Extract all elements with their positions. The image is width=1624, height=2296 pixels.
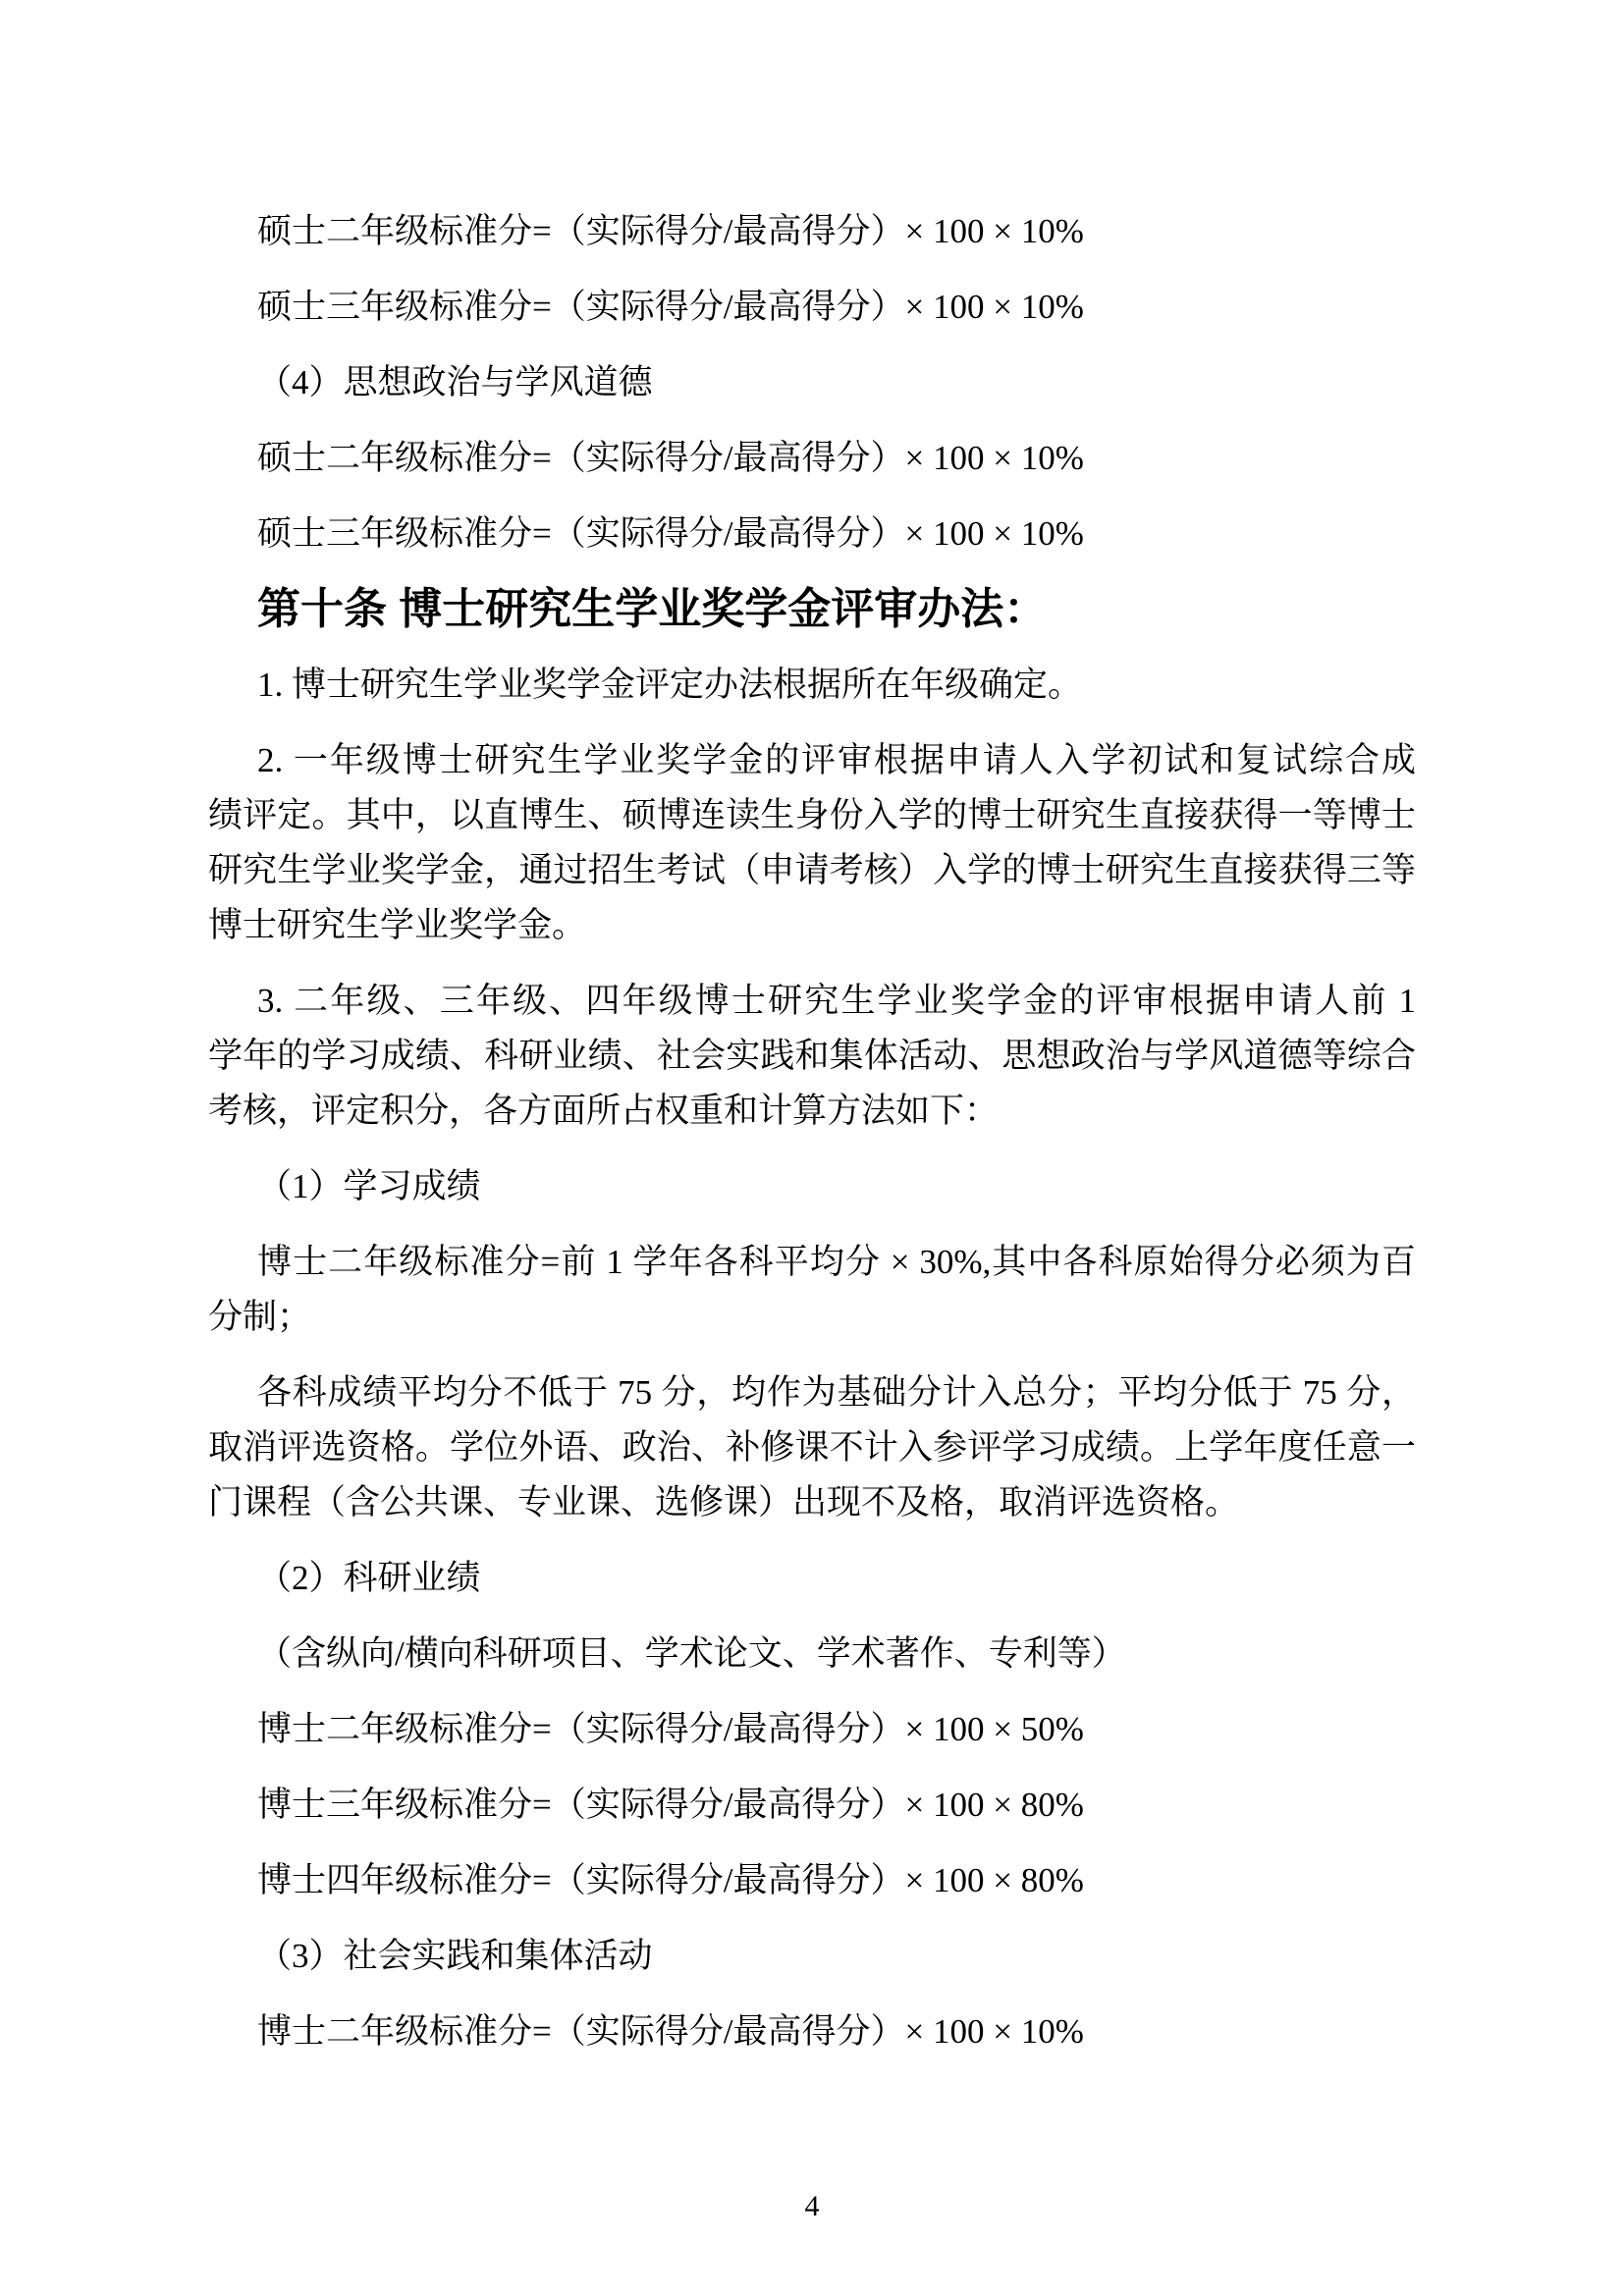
text-line: 博士二年级标准分=前 1 学年各科平均分 × 30%,其中各科原始得分必须为百 (208, 1235, 1416, 1290)
paragraph: （3）社会实践和集体活动 (208, 1929, 1416, 1984)
text-line: 绩评定。其中，以直博生、硕博连读生身份入学的博士研究生直接获得一等博士 (208, 788, 1416, 843)
paragraph: （2）科研业绩 (208, 1551, 1416, 1606)
paragraph: 博士二年级标准分=（实际得分/最高得分）× 100 × 10% (208, 2004, 1416, 2059)
paragraph: 博士三年级标准分=（实际得分/最高得分）× 100 × 80% (208, 1778, 1416, 1833)
document-body: 硕士二年级标准分=（实际得分/最高得分）× 100 × 10%硕士三年级标准分=… (208, 204, 1416, 2080)
text-line: 2. 一年级博士研究生学业奖学金的评审根据申请人入学初试和复试综合成 (208, 733, 1416, 788)
paragraph: 2. 一年级博士研究生学业奖学金的评审根据申请人入学初试和复试综合成绩评定。其中… (208, 733, 1416, 953)
text-line: 1. 博士研究生学业奖学金评定办法根据所在年级确定。 (208, 658, 1416, 713)
text-line: （含纵向/横向科研项目、学术论文、学术著作、专利等） (208, 1627, 1416, 1682)
text-line: （1）学习成绩 (208, 1159, 1416, 1214)
paragraph: 各科成绩平均分不低于 75 分，均作为基础分计入总分；平均分低于 75 分，取消… (208, 1365, 1416, 1530)
paragraph: 博士二年级标准分=（实际得分/最高得分）× 100 × 50% (208, 1702, 1416, 1757)
text-line: 博士二年级标准分=（实际得分/最高得分）× 100 × 10% (208, 2004, 1416, 2059)
section-heading: 第十条 博士研究生学业奖学金评审办法： (208, 582, 1416, 637)
text-line: 硕士二年级标准分=（实际得分/最高得分）× 100 × 10% (208, 204, 1416, 259)
text-line: 各科成绩平均分不低于 75 分，均作为基础分计入总分；平均分低于 75 分， (208, 1365, 1416, 1420)
text-line: 取消评选资格。学位外语、政治、补修课不计入参评学习成绩。上学年度任意一 (208, 1420, 1416, 1475)
text-line: （3）社会实践和集体活动 (208, 1929, 1416, 1984)
text-line: 考核，评定积分，各方面所占权重和计算方法如下： (208, 1084, 1416, 1139)
text-line: 第十条 博士研究生学业奖学金评审办法： (208, 582, 1416, 637)
text-line: 研究生学业奖学金，通过招生考试（申请考核）入学的博士研究生直接获得三等 (208, 843, 1416, 898)
text-line: 门课程（含公共课、专业课、选修课）出现不及格，取消评选资格。 (208, 1475, 1416, 1530)
document-page: 硕士二年级标准分=（实际得分/最高得分）× 100 × 10%硕士三年级标准分=… (0, 0, 1624, 2296)
paragraph: （含纵向/横向科研项目、学术论文、学术著作、专利等） (208, 1627, 1416, 1682)
text-line: 硕士三年级标准分=（实际得分/最高得分）× 100 × 10% (208, 280, 1416, 335)
text-line: 博士四年级标准分=（实际得分/最高得分）× 100 × 80% (208, 1853, 1416, 1908)
text-line: 博士二年级标准分=（实际得分/最高得分）× 100 × 50% (208, 1702, 1416, 1757)
text-line: 分制； (208, 1290, 1416, 1345)
text-line: （4）思想政治与学风道德 (208, 355, 1416, 410)
paragraph: 硕士三年级标准分=（实际得分/最高得分）× 100 × 10% (208, 280, 1416, 335)
text-line: 博士三年级标准分=（实际得分/最高得分）× 100 × 80% (208, 1778, 1416, 1833)
text-line: 学年的学习成绩、科研业绩、社会实践和集体活动、思想政治与学风道德等综合 (208, 1029, 1416, 1084)
paragraph: 硕士三年级标准分=（实际得分/最高得分）× 100 × 10% (208, 507, 1416, 561)
paragraph: （4）思想政治与学风道德 (208, 355, 1416, 410)
paragraph: （1）学习成绩 (208, 1159, 1416, 1214)
page-number: 4 (0, 2187, 1624, 2226)
text-line: 硕士二年级标准分=（实际得分/最高得分）× 100 × 10% (208, 431, 1416, 486)
text-line: 硕士三年级标准分=（实际得分/最高得分）× 100 × 10% (208, 507, 1416, 561)
paragraph: 博士二年级标准分=前 1 学年各科平均分 × 30%,其中各科原始得分必须为百分… (208, 1235, 1416, 1345)
paragraph: 1. 博士研究生学业奖学金评定办法根据所在年级确定。 (208, 658, 1416, 713)
paragraph: 3. 二年级、三年级、四年级博士研究生学业奖学金的评审根据申请人前 1学年的学习… (208, 974, 1416, 1139)
paragraph: 硕士二年级标准分=（实际得分/最高得分）× 100 × 10% (208, 431, 1416, 486)
paragraph: 硕士二年级标准分=（实际得分/最高得分）× 100 × 10% (208, 204, 1416, 259)
text-line: 3. 二年级、三年级、四年级博士研究生学业奖学金的评审根据申请人前 1 (208, 974, 1416, 1029)
text-line: （2）科研业绩 (208, 1551, 1416, 1606)
paragraph: 博士四年级标准分=（实际得分/最高得分）× 100 × 80% (208, 1853, 1416, 1908)
text-line: 博士研究生学业奖学金。 (208, 898, 1416, 953)
